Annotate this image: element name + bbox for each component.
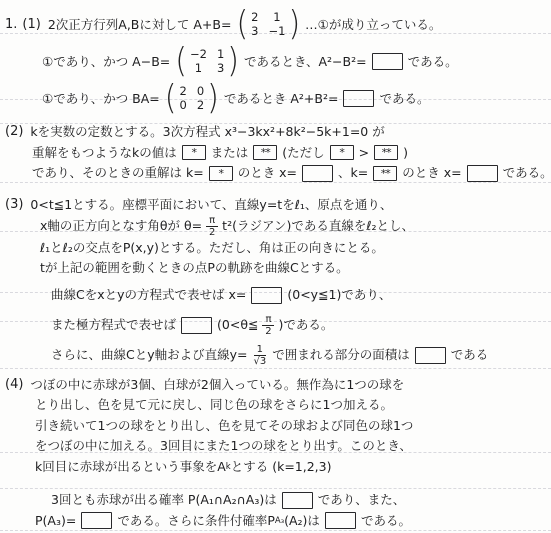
text-intersection-p: ℓ₁とℓ₂の交点をP(x,y)とする。ただし、角は正の向きにとる。 xyxy=(40,238,384,258)
text-area-is: で囲まれる部分の面積は xyxy=(272,345,410,365)
answer-box-double-star: ** xyxy=(373,166,397,181)
text-ba-equals: ①であり、かつ BA= xyxy=(42,89,160,109)
line-4-c: 引き続いて1つの球をとり出し、色を見てその球および同色の球1つ xyxy=(5,416,549,437)
text-polar-equation: また極方程式で表せば xyxy=(51,315,176,335)
text-k-values: とする (k=1,2,3) xyxy=(231,457,332,477)
matrix-right-paren: ) xyxy=(288,8,300,42)
fraction-denominator: √3 xyxy=(252,356,269,367)
answer-box xyxy=(343,90,374,107)
fraction-numerator: π xyxy=(206,215,218,227)
line-2-c: であり、そのときの重解は k= * のとき x= 、k= ** のとき x= で… xyxy=(5,163,549,184)
ruled-line xyxy=(0,368,551,369)
greater-than-sign: > xyxy=(359,143,369,163)
answer-box xyxy=(81,512,112,529)
text-p-a3-equals: P(A₃)= xyxy=(35,511,76,531)
matrix-cell: 2 xyxy=(251,11,258,24)
text-dearu: である。 xyxy=(361,511,411,531)
text-angle-theta: x軸の正方向となす角θが θ= xyxy=(40,216,202,236)
text-a2-minus-b2: であるとき、A²−B²= xyxy=(244,52,367,72)
matrix-a-plus-b: ( 2 1 3 −1 ) xyxy=(236,10,300,40)
line-4-d: をつぼの中に加える。3回目にまた1つの球をとり出す。このとき、 xyxy=(5,436,549,457)
line-1-1-b: ①であり、かつ A−B= ( −2 1 1 3 ) であるとき、A²−B²= で… xyxy=(5,43,549,80)
matrix-cell: −2 xyxy=(190,48,207,61)
line-3-e: 曲線Cをxとyの方程式で表せば x= (0<y≦1)であり、 xyxy=(5,283,549,308)
answer-box-star: * xyxy=(330,145,354,160)
matrix-cell: 1 xyxy=(268,11,285,24)
section-3: (3) 0<t≦1とする。座標平面において、直線y=tをℓ₁、原点を通り、 x軸… xyxy=(5,195,549,368)
fraction-numerator: π xyxy=(262,314,274,326)
text-locus-curve-c: tが上記の範囲を動くときの点Pの軌跡を曲線Cとする。 xyxy=(40,258,349,278)
text-cubic-equation: kを実数の定数とする。3次方程式 x³−3kx²+8k²−5k+1=0 が xyxy=(30,122,384,142)
line-3-b: x軸の正方向となす角θが θ= π 2 t²(ラジアン)である直線をℓ₂とし、 xyxy=(5,215,549,238)
matrix-cell: 0 xyxy=(180,99,187,112)
answer-box xyxy=(181,317,212,334)
text-of-a2: (A₂)は xyxy=(284,511,320,531)
part-label-2: (2) xyxy=(5,122,23,142)
matrix-cell: 1 xyxy=(190,62,207,75)
section-4: (4) つぼの中に赤球が3個、白球が2個入っている。無作為に1つの球を とり出し… xyxy=(5,375,549,532)
text-a2-plus-b2: であるとき A²+B²= xyxy=(224,89,339,109)
answer-box xyxy=(251,287,282,304)
matrix-left-paren: ( xyxy=(175,45,187,79)
matrix-cell: 0 xyxy=(197,85,204,98)
line-4-b: とり出し、色を見て元に戻し、同じ色の球をさらに1つ加える。 xyxy=(5,395,549,416)
line-1-1-a: 1. (1) 2次正方行列A,Bに対して A+B= ( 2 1 3 −1 ) …… xyxy=(5,6,549,43)
matrix-cell: 2 xyxy=(180,85,187,98)
matrix-left-paren: ( xyxy=(236,8,248,42)
line-4-g: P(A₃)= である。さらに条件付確率PA₃(A₂)は である。 xyxy=(5,511,549,532)
text-t-squared-radian: t²(ラジアン)である直線をℓ₂とし、 xyxy=(222,216,414,236)
text-tadashi: (ただし xyxy=(282,143,324,163)
line-2-a: (2) kを実数の定数とする。3次方程式 x³−3kx²+8k²−5k+1=0 … xyxy=(5,122,549,143)
fraction-pi-over-2: π 2 xyxy=(262,314,274,337)
fraction-numerator: 1 xyxy=(254,344,266,356)
matrix-cell: 3 xyxy=(251,25,258,38)
line-3-c: ℓ₁とℓ₂の交点をP(x,y)とする。ただし、角は正の向きにとる。 xyxy=(5,238,549,258)
subscript-a3: A₃ xyxy=(275,517,284,525)
answer-box xyxy=(302,165,333,182)
matrix-right-paren: ) xyxy=(227,45,239,79)
fraction-denominator: 2 xyxy=(207,227,217,238)
answer-box-star: * xyxy=(209,166,233,181)
text-conditional-probability: である。さらに条件付確率P xyxy=(117,511,275,531)
line-3-a: (3) 0<t≦1とする。座標平面において、直線y=tをℓ₁、原点を通り、 xyxy=(5,195,549,215)
line-3-g: さらに、曲線Cとy軸および直線y= 1 √3 で囲まれる部分の面積は である xyxy=(5,343,549,368)
text-close-paren: ) xyxy=(403,143,408,163)
answer-box xyxy=(325,512,356,529)
text-comma-k: 、k= xyxy=(338,163,368,183)
fraction-1-over-sqrt3: 1 √3 xyxy=(252,344,269,367)
line-4-e: k回目に赤球が出るという事象をAkとする (k=1,2,3) xyxy=(5,457,549,478)
text-matrix-intro: 2次正方行列A,Bに対して A+B= xyxy=(48,15,232,35)
fraction-denominator: 2 xyxy=(263,326,273,337)
answer-box xyxy=(467,165,498,182)
text-double-root-values: 重解をもつようなkの値は xyxy=(32,143,177,163)
part-label-1: (1) xyxy=(22,15,40,35)
text-draw-replace: とり出し、色を見て元に戻し、同じ色の球をさらに1つ加える。 xyxy=(35,395,393,415)
text-area-enclosed: さらに、曲線Cとy軸および直線y= xyxy=(51,345,248,365)
matrix-ba: ( 2 0 0 2 ) xyxy=(165,84,219,114)
answer-box xyxy=(372,53,403,70)
matrix-entries: 2 0 0 2 xyxy=(177,85,208,112)
text-deari-mata: であり、また、 xyxy=(318,490,406,510)
text-y-range: (0<y≦1)であり、 xyxy=(287,285,391,305)
text-event-definition: k回目に赤球が出るという事象をA xyxy=(35,457,226,477)
text-when-x: のとき x= xyxy=(402,163,461,183)
text-dearu: である。 xyxy=(379,89,429,109)
text-setup-t-range: 0<t≦1とする。座標平面において、直線y=tをℓ₁、原点を通り、 xyxy=(30,195,392,215)
text-second-draw: 引き続いて1つの球をとり出し、色を見てその球および同色の球1つ xyxy=(35,416,413,436)
text-when-x: のとき x= xyxy=(238,163,297,183)
line-4-f: 3回とも赤球が出る確率 P(A₁∩A₂∩A₃)は であり、また、 xyxy=(5,490,549,511)
matrix-cell: 1 xyxy=(217,48,224,61)
line-1-1-c: ①であり、かつ BA= ( 2 0 0 2 ) であるとき A²+B²= である… xyxy=(5,80,549,117)
matrix-a-minus-b: ( −2 1 1 3 ) xyxy=(175,47,239,77)
line-2-b: 重解をもつようなkの値は * または ** (ただし * > ** ) xyxy=(5,143,549,164)
text-dearu: である。 xyxy=(503,163,551,183)
text-or: または xyxy=(211,143,249,163)
matrix-cell: −1 xyxy=(268,25,285,38)
matrix-left-paren: ( xyxy=(165,82,177,116)
text-theta-range-close: )である。 xyxy=(278,315,333,335)
answer-box-double-star: ** xyxy=(374,145,398,160)
answer-box-star: * xyxy=(182,145,206,160)
section-2: (2) kを実数の定数とする。3次方程式 x³−3kx²+8k²−5k+1=0 … xyxy=(5,122,549,184)
part-label-3: (3) xyxy=(5,195,23,215)
exam-page: 1. (1) 2次正方行列A,Bに対して A+B= ( 2 1 3 −1 ) …… xyxy=(0,0,551,533)
text-curve-xy-equation: 曲線Cをxとyの方程式で表せば x= xyxy=(51,285,246,305)
matrix-cell: 2 xyxy=(197,99,204,112)
answer-box xyxy=(415,347,446,364)
text-theta-range-open: (0<θ≦ xyxy=(217,315,258,335)
line-4-a: (4) つぼの中に赤球が3個、白球が2個入っている。無作為に1つの球を xyxy=(5,375,549,396)
part-label-4: (4) xyxy=(5,375,23,395)
matrix-entries: 2 1 3 −1 xyxy=(248,11,288,38)
matrix-entries: −2 1 1 3 xyxy=(187,48,227,75)
text-double-root-is: であり、そのときの重解は k= xyxy=(32,163,204,183)
text-dearu: である。 xyxy=(408,52,458,72)
fraction-pi-over-2: π 2 xyxy=(206,215,218,238)
section-1-1: 1. (1) 2次正方行列A,Bに対して A+B= ( 2 1 3 −1 ) …… xyxy=(5,6,549,117)
matrix-right-paren: ) xyxy=(207,82,219,116)
line-3-f: また極方程式で表せば (0<θ≦ π 2 )である。 xyxy=(5,313,549,338)
text-equation-one-holds: …①が成り立っている。 xyxy=(305,15,441,35)
line-3-d: tが上記の範囲を動くときの点Pの軌跡を曲線Cとする。 xyxy=(5,258,549,278)
matrix-cell: 3 xyxy=(217,62,224,75)
problem-number: 1. xyxy=(5,15,17,35)
answer-box-double-star: ** xyxy=(253,145,277,160)
text-urn-setup: つぼの中に赤球が3個、白球が2個入っている。無作為に1つの球を xyxy=(30,375,404,395)
text-probability-all-red: 3回とも赤球が出る確率 P(A₁∩A₂∩A₃)は xyxy=(51,490,277,510)
text-a-minus-b: ①であり、かつ A−B= xyxy=(42,52,170,72)
answer-box xyxy=(282,492,313,509)
text-dearu: である xyxy=(451,345,489,365)
text-third-draw: をつぼの中に加える。3回目にまた1つの球をとり出す。このとき、 xyxy=(35,436,412,456)
